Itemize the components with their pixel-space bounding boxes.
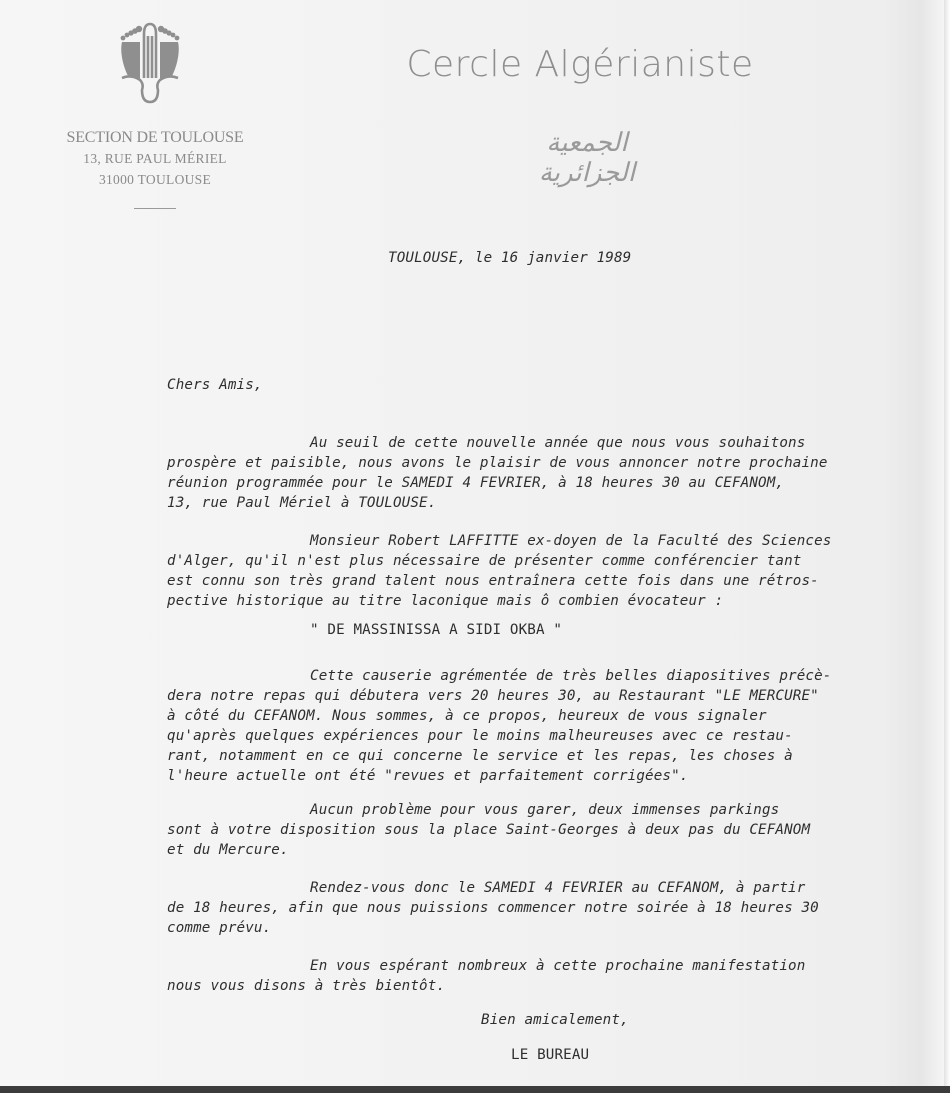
text-line: 13, rue Paul Mériel à TOULOUSE.: [167, 493, 907, 513]
text-line: sont à votre disposition sous la place S…: [167, 820, 907, 840]
text-line: Aucun problème pour vous garer, deux imm…: [167, 800, 907, 820]
text-line: pective historique au titre laconique ma…: [167, 591, 907, 611]
paragraph: Au seuil de cette nouvelle année que nou…: [167, 433, 907, 513]
text-line: l'heure actuelle ont été "revues et parf…: [167, 766, 907, 786]
text-line: Au seuil de cette nouvelle année que nou…: [167, 433, 907, 453]
text-line: Monsieur Robert LAFFITTE ex-doyen de la …: [167, 531, 907, 551]
text-line: comme prévu.: [167, 918, 907, 938]
address-street: 13, RUE PAUL MÉRIEL: [40, 148, 270, 169]
paragraph: Cette causerie agrémentée de très belles…: [167, 666, 907, 786]
text-line: prospère et paisible, nous avons le plai…: [167, 453, 907, 473]
signature: LE BUREAU: [511, 1047, 589, 1063]
paragraph: Aucun problème pour vous garer, deux imm…: [167, 800, 907, 860]
text-line: En vous espérant nombreux à cette procha…: [167, 956, 907, 976]
divider: [134, 208, 176, 209]
text-line: à côté du CEFANOM. Nous sommes, à ce pro…: [167, 706, 907, 726]
organization-title: Cercle Algérianiste: [380, 44, 780, 85]
text-line: dera notre repas qui débutera vers 20 he…: [167, 686, 907, 706]
text-line: et du Mercure.: [167, 840, 907, 860]
salutation: Chers Amis,: [167, 377, 263, 393]
arabic-calligraphy: الجمعية الجزائرية: [512, 128, 662, 173]
hamsa-hand-icon: [118, 20, 182, 104]
letterhead-address: SECTION DE TOULOUSE 13, RUE PAUL MÉRIEL …: [40, 128, 270, 209]
text-line: nous vous disons à très bientôt.: [167, 976, 907, 996]
paragraph: En vous espérant nombreux à cette procha…: [167, 956, 907, 996]
paragraph: Monsieur Robert LAFFITTE ex-doyen de la …: [167, 531, 907, 611]
text-line: est connu son très grand talent nous ent…: [167, 571, 907, 591]
page-edge: [944, 0, 950, 1086]
text-line: de 18 heures, afin que nous puissions co…: [167, 898, 907, 918]
dateline: TOULOUSE, le 16 janvier 1989: [388, 250, 631, 266]
text-line: qu'après quelques expériences pour le mo…: [167, 726, 907, 746]
text-line: Rendez-vous donc le SAMEDI 4 FEVRIER au …: [167, 878, 907, 898]
scanner-border: [0, 1086, 950, 1093]
address-city: 31000 TOULOUSE: [40, 169, 270, 190]
text-line: rant, notamment en ce qui concerne le se…: [167, 746, 907, 766]
text-line: d'Alger, qu'il n'est plus nécessaire de …: [167, 551, 907, 571]
lecture-title: " DE MASSINISSA A SIDI OKBA ": [310, 622, 562, 638]
text-line: Cette causerie agrémentée de très belles…: [167, 666, 907, 686]
signoff: Bien amicalement,: [481, 1012, 629, 1028]
text-line: réunion programmée pour le SAMEDI 4 FEVR…: [167, 473, 907, 493]
paragraph: Rendez-vous donc le SAMEDI 4 FEVRIER au …: [167, 878, 907, 938]
section-name: SECTION DE TOULOUSE: [40, 128, 270, 148]
